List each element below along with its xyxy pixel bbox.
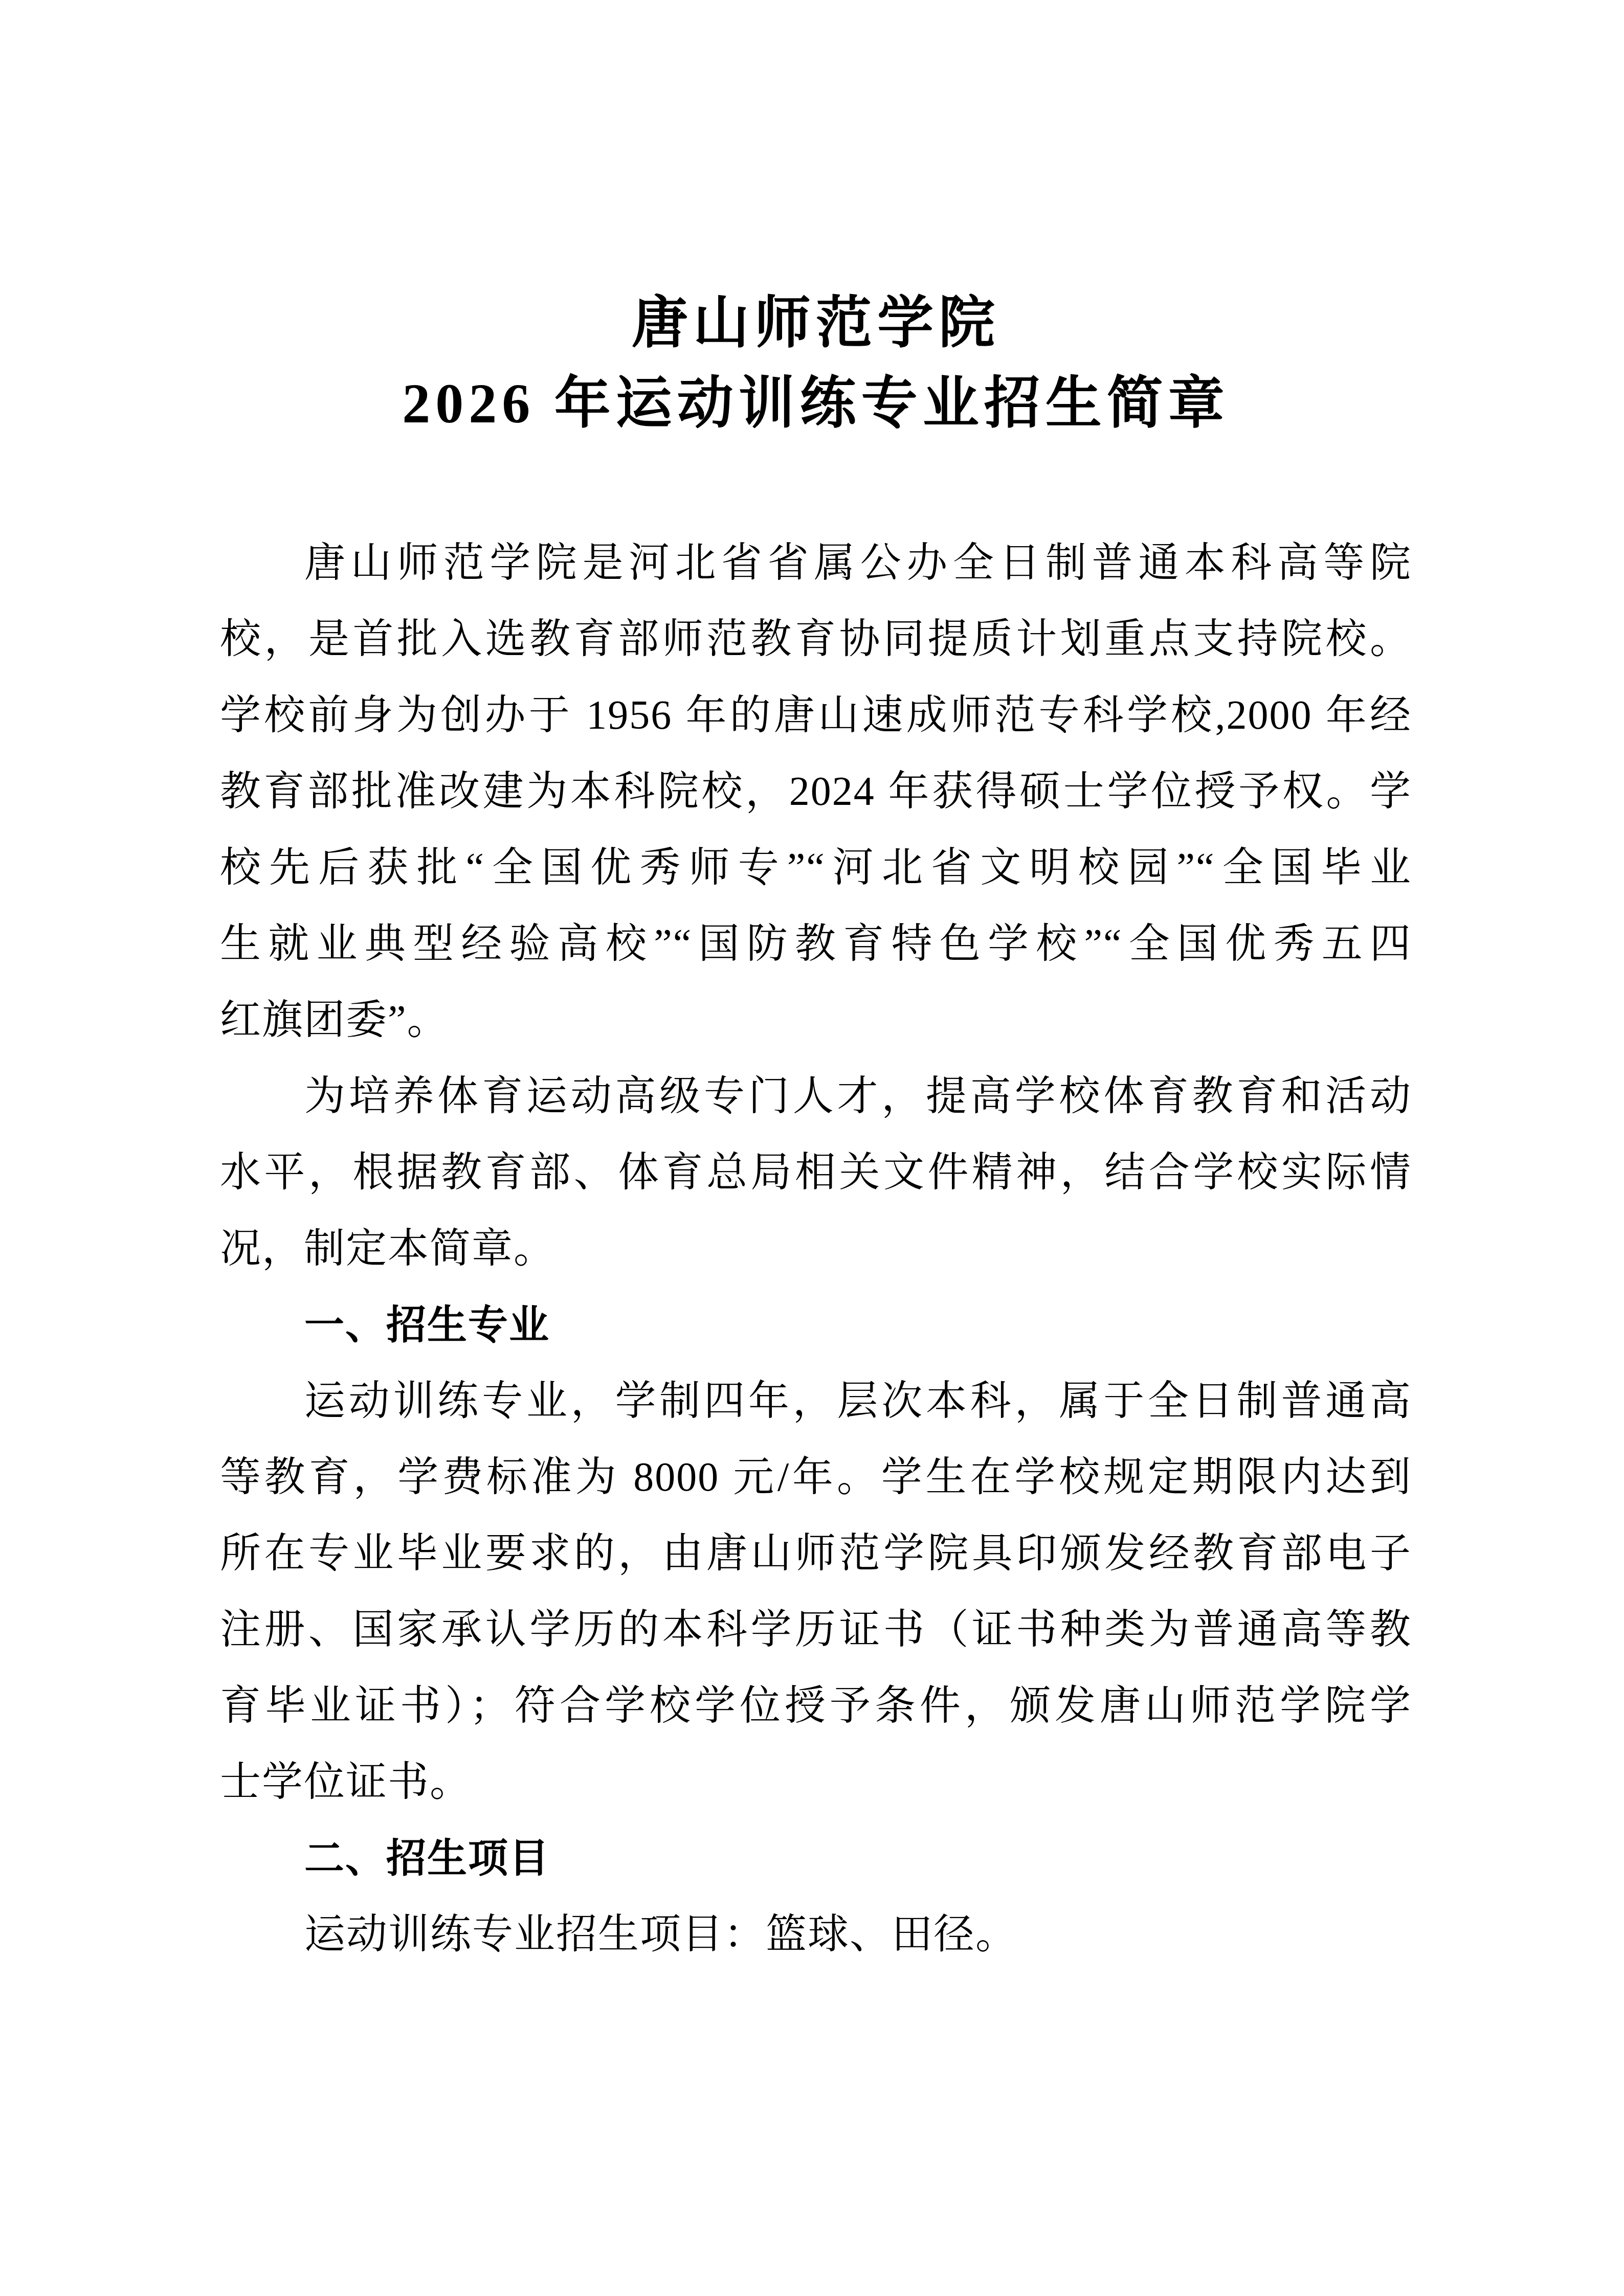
intro-para-2-line-3: 况，制定本简章。 bbox=[220, 1211, 1412, 1287]
section-2-heading: 二、招生项目 bbox=[220, 1820, 1412, 1897]
intro-para-1-line-2: 校，是首批入选教育部师范教育协同提质计划重点支持院校。 bbox=[220, 601, 1412, 678]
section-1-heading: 一、招生专业 bbox=[220, 1287, 1412, 1363]
section-2-para-line-1: 运动训练专业招生项目：篮球、田径。 bbox=[220, 1897, 1412, 1973]
intro-para-1-line-3: 学校前身为创办于 1956 年的唐山速成师范专科学校,2000 年经 bbox=[220, 678, 1412, 754]
title-line-2: 2026 年运动训练专业招生简章 bbox=[220, 364, 1412, 444]
section-1-para-line-1: 运动训练专业，学制四年，层次本科，属于全日制普通高 bbox=[220, 1363, 1412, 1439]
intro-para-1-line-6: 生就业典型经验高校”“国防教育特色学校”“全国优秀五四 bbox=[220, 906, 1412, 982]
intro-para-2-line-1: 为培养体育运动高级专门人才，提高学校体育教育和活动 bbox=[220, 1059, 1412, 1135]
section-1-para-line-5: 育毕业证书）；符合学校学位授予条件，颁发唐山师范学院学 bbox=[220, 1668, 1412, 1744]
intro-para-1-line-4: 教育部批准改建为本科院校，2024 年获得硕士学位授予权。学 bbox=[220, 754, 1412, 830]
intro-para-1-line-1: 唐山师范学院是河北省省属公办全日制普通本科高等院 bbox=[220, 525, 1412, 601]
section-1-para-line-3: 所在专业毕业要求的，由唐山师范学院具印颁发经教育部电子 bbox=[220, 1516, 1412, 1592]
section-1-para-line-6: 士学位证书。 bbox=[220, 1744, 1412, 1820]
document-body: 唐山师范学院是河北省省属公办全日制普通本科高等院 校，是首批入选教育部师范教育协… bbox=[220, 525, 1412, 1973]
section-1-para-line-4: 注册、国家承认学历的本科学历证书（证书种类为普通高等教 bbox=[220, 1592, 1412, 1668]
title-line-1: 唐山师范学院 bbox=[220, 283, 1412, 364]
intro-para-1-line-5: 校先后获批“全国优秀师专”“河北省文明校园”“全国毕业 bbox=[220, 830, 1412, 906]
intro-para-1-line-7: 红旗团委”。 bbox=[220, 982, 1412, 1059]
intro-para-2-line-2: 水平，根据教育部、体育总局相关文件精神，结合学校实际情 bbox=[220, 1135, 1412, 1211]
document-page: 唐山师范学院 2026 年运动训练专业招生简章 唐山师范学院是河北省省属公办全日… bbox=[0, 0, 1624, 2296]
section-1-para-line-2: 等教育，学费标准为 8000 元/年。学生在学校规定期限内达到 bbox=[220, 1439, 1412, 1516]
document-title: 唐山师范学院 2026 年运动训练专业招生简章 bbox=[220, 283, 1412, 444]
